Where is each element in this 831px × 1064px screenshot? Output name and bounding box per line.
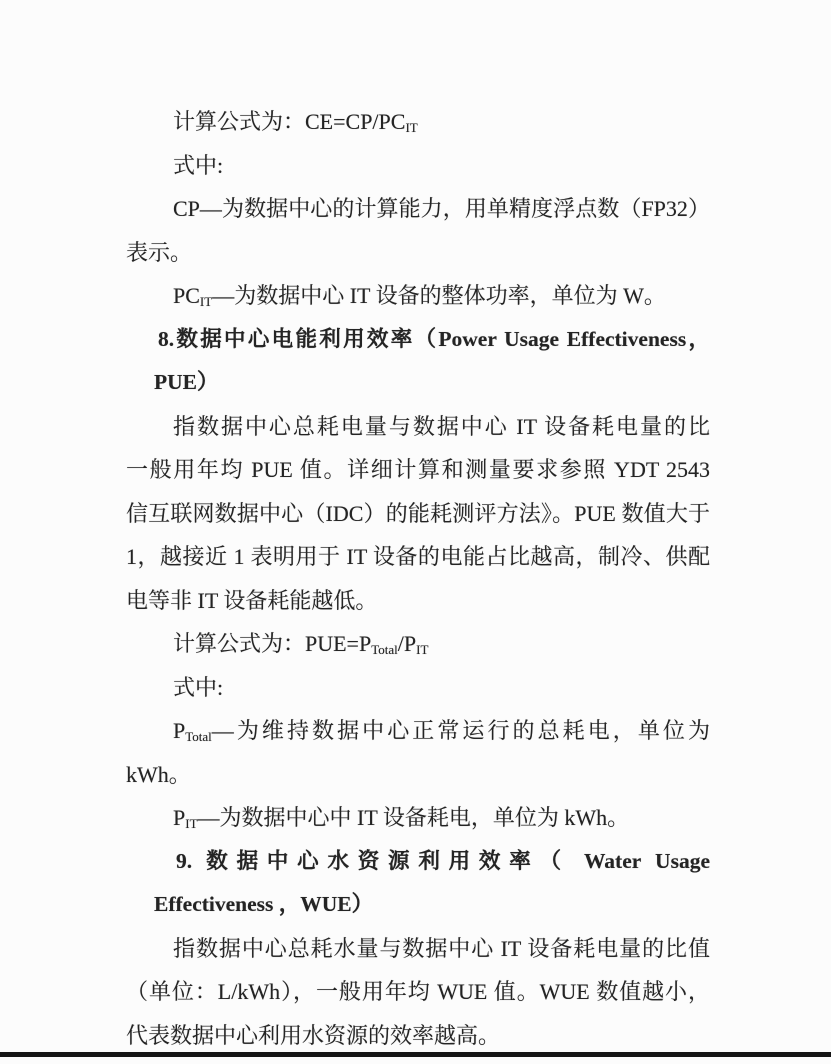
pue-paragraph-line-1: 指数据中心总耗电量与数据中心 IT 设备耗电量的比值， (126, 405, 710, 449)
text-segment: —为数据中心中 IT 设备耗电，单位为 kWh。 (198, 805, 630, 830)
pue-paragraph-line-5: 电等非 IT 设备耗能越低。 (126, 579, 710, 623)
text-segment: PUE） (154, 370, 219, 394)
text-segment: kWh。 (126, 762, 191, 787)
cp-definition-line-2: 表示。 (126, 231, 710, 275)
text-segment: 8.数据中心电能利用效率（Power Usage Effectiveness， (158, 327, 710, 351)
formula-pue-line: 计算公式为：PUE=PTotal/PIT (126, 622, 710, 666)
text-segment: P (173, 718, 185, 743)
text-segment: CP—为数据中心的计算能力，用单精度浮点数（FP32） (173, 196, 710, 221)
document-page: 计算公式为：CE=CP/PCIT式中:CP—为数据中心的计算能力，用单精度浮点数… (0, 0, 831, 1064)
text-segment: 计算公式为：CE=CP/PC (173, 109, 405, 134)
text-segment: —为维持数据中心正常运行的总耗电，单位为 (212, 718, 710, 743)
heading-8-line-1: 8.数据中心电能利用效率（Power Usage Effectiveness， (126, 318, 710, 362)
text-segment: 计算公式为：PUE=P (173, 631, 371, 656)
ptotal-definition-line-2: kWh。 (126, 753, 710, 797)
cp-definition-line-1: CP—为数据中心的计算能力，用单精度浮点数（FP32） (126, 187, 710, 231)
heading-8-line-2: PUE） (126, 361, 710, 405)
formula-ce-line: 计算公式为：CE=CP/PCIT (126, 100, 710, 144)
text-segment: 电等非 IT 设备耗能越低。 (126, 588, 377, 613)
pcit-definition-line: PCIT—为数据中心 IT 设备的整体功率，单位为 W。 (126, 274, 710, 318)
text-segment: 表示。 (126, 240, 192, 265)
pit-definition-line: PIT—为数据中心中 IT 设备耗电，单位为 kWh。 (126, 796, 710, 840)
text-segment: /P (398, 631, 416, 656)
text-segment: 1，越接近 1 表明用于 IT 设备的电能占比越高，制冷、供配 (126, 544, 710, 569)
subscript-text: Total (371, 642, 398, 657)
text-segment: 式中: (173, 675, 223, 700)
page-bottom-border (0, 1052, 831, 1057)
subscript-text: Total (185, 729, 212, 744)
subscript-text: IT (416, 642, 428, 657)
text-segment: （单位：L/kWh），一般用年均 WUE 值。WUE 数值越小， (126, 979, 710, 1004)
pue-paragraph-line-4: 1，越接近 1 表明用于 IT 设备的电能占比越高，制冷、供配 (126, 535, 710, 579)
subscript-text: IT (405, 120, 417, 135)
text-segment: 代表数据中心利用水资源的效率越高。 (126, 1023, 500, 1048)
text-segment: P (173, 805, 185, 830)
heading-9-line-1: 9. 数据中心水资源利用效率（ Water Usage (126, 840, 710, 884)
heading-9-line-2: Effectiveness ，WUE） (126, 883, 710, 927)
text-segment: 指数据中心总耗电量与数据中心 IT 设备耗电量的比值， (173, 414, 710, 449)
document-body: 计算公式为：CE=CP/PCIT式中:CP—为数据中心的计算能力，用单精度浮点数… (126, 100, 710, 1057)
text-segment: 信互联网数据中心（IDC）的能耗测评方法》。PUE 数值大于 (126, 501, 710, 526)
ptotal-definition-line-1: PTotal—为维持数据中心正常运行的总耗电，单位为 (126, 709, 710, 753)
text-segment: PC (173, 283, 200, 308)
wue-paragraph-line-1: 指数据中心总耗水量与数据中心 IT 设备耗电量的比值 (126, 927, 710, 971)
pue-paragraph-line-2: 一般用年均 PUE 值。详细计算和测量要求参照 YDT 2543《电 (126, 448, 710, 492)
pue-paragraph-line-3: 信互联网数据中心（IDC）的能耗测评方法》。PUE 数值大于 (126, 492, 710, 536)
legend-intro-line-2: 式中: (126, 666, 710, 710)
subscript-text: IT (200, 294, 212, 309)
legend-intro-line-1: 式中: (126, 144, 710, 188)
text-segment: 指数据中心总耗水量与数据中心 IT 设备耗电量的比值 (173, 936, 710, 961)
wue-paragraph-line-3: 代表数据中心利用水资源的效率越高。 (126, 1014, 710, 1058)
wue-paragraph-line-2: （单位：L/kWh），一般用年均 WUE 值。WUE 数值越小， (126, 970, 710, 1014)
subscript-text: IT (185, 816, 197, 831)
text-segment: Effectiveness ，WUE） (154, 892, 373, 916)
text-segment: —为数据中心 IT 设备的整体功率，单位为 W。 (212, 283, 666, 308)
text-segment: 一般用年均 PUE 值。详细计算和测量要求参照 YDT 2543《电 (126, 457, 710, 492)
text-segment: 9. 数据中心水资源利用效率（ Water Usage (176, 849, 710, 873)
text-segment: 式中: (173, 153, 223, 178)
